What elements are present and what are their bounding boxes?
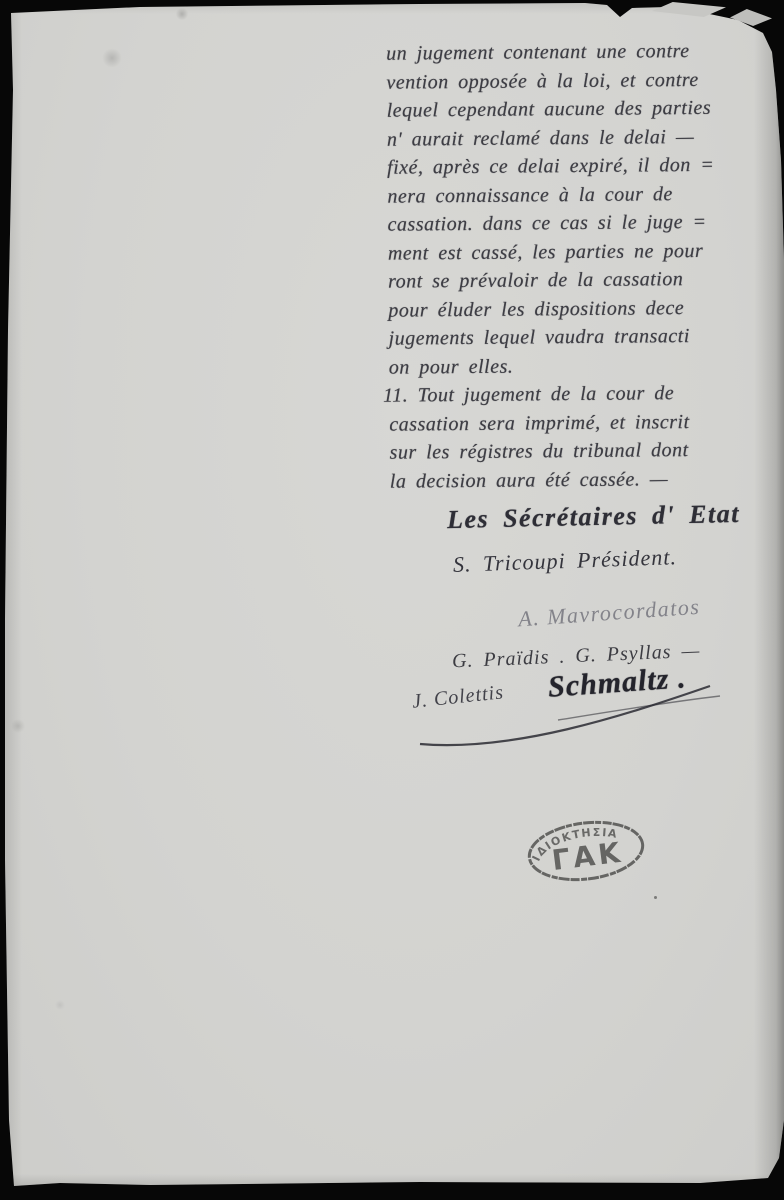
signature-tricoupi-president: S. Tricoupi Président. xyxy=(453,544,678,578)
manuscript-line: ment est cassé, les parties ne pour xyxy=(388,236,774,268)
scanned-page: un jugement contenant une contre vention… xyxy=(0,0,784,1200)
manuscript-text-block: un jugement contenant une contre vention… xyxy=(386,36,776,495)
manuscript-line: vention opposée à la loi, et contre xyxy=(386,65,772,97)
manuscript-line: lequel cependant aucune des parties xyxy=(387,93,773,125)
manuscript-line-article-11: 11. Tout jugement de la cour de xyxy=(383,378,775,410)
manuscript-line: fixé, après ce delai expiré, il don = xyxy=(387,150,773,182)
manuscript-line: jugements lequel vaudra transacti xyxy=(389,321,775,353)
manuscript-line: ront se prévaloir de la cassation xyxy=(388,264,774,296)
manuscript-line: pour éluder les dispositions dece xyxy=(388,293,774,325)
signature-heading: Les Sécrétaires d' Etat xyxy=(447,499,741,535)
manuscript-line: la decision aura été cassée. — xyxy=(390,464,776,496)
manuscript-line: un jugement contenant une contre xyxy=(386,36,772,68)
ink-speck xyxy=(654,896,657,899)
manuscript-line: n' aurait reclamé dans le delai — xyxy=(387,122,773,154)
manuscript-line: sur les régistres du tribunal dont xyxy=(389,435,775,467)
paper-sheet: un jugement contenant une contre vention… xyxy=(0,0,784,1200)
manuscript-line: on pour elles. xyxy=(389,350,775,382)
archive-stamp: ΙΔΙΟΚΤΗΣΙΑ ΓΑΚ xyxy=(521,812,652,891)
signature-flourish xyxy=(408,662,738,754)
manuscript-line: cassation sera imprimé, et inscrit xyxy=(389,407,775,439)
manuscript-line: cassation. dans ce cas si le juge = xyxy=(388,207,774,239)
manuscript-line: nera connaissance à la cour de xyxy=(387,179,773,211)
signature-mavrocordatos: A. Mavrocordatos xyxy=(517,594,701,633)
